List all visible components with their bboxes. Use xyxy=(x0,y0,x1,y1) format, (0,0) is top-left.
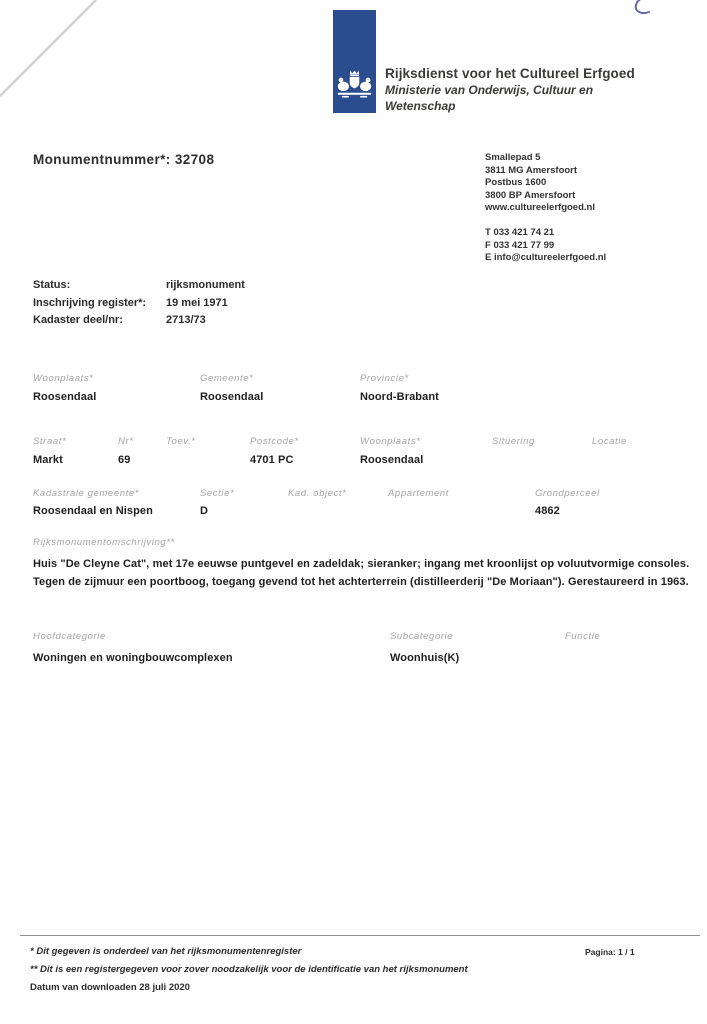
page-number: Pagina: 1 / 1 xyxy=(585,947,635,957)
field-value-grondperceel: 4862 xyxy=(535,505,560,517)
field-label-woonplaats: Woonplaats* xyxy=(33,373,93,384)
field-label-woonplaats2: Woonplaats* xyxy=(360,436,420,447)
org-subtitle-line1: Ministerie van Onderwijs, Cultuur en xyxy=(385,83,593,97)
field-label-hoofdcategorie: Hoofdcategorie xyxy=(33,631,106,642)
field-label-gemeente: Gemeente* xyxy=(200,373,253,384)
phone-line: T 033 421 74 21 xyxy=(485,227,606,240)
address-line: 3800 BP Amersfoort xyxy=(485,190,606,203)
handwritten-mark xyxy=(630,0,664,19)
status-row: Status: rijksmonument xyxy=(33,277,245,295)
org-name: Rijksdienst voor het Cultureel Erfgoed xyxy=(385,66,635,81)
field-label-appartement: Appartement xyxy=(388,488,449,499)
register-date-value: 19 mei 1971 xyxy=(166,295,228,313)
register-date-label: Inschrijving register*: xyxy=(33,295,166,313)
download-date: Datum van downloaden 28 juli 2020 xyxy=(30,982,190,993)
field-label-toev: Toev.* xyxy=(166,436,195,447)
field-label-provincie: Provincie* xyxy=(360,373,409,384)
website-text: www.cultureelerfgoed.nl xyxy=(485,202,606,215)
status-block: Status: rijksmonument Inschrijving regis… xyxy=(33,277,245,330)
coat-of-arms-icon xyxy=(337,68,372,100)
address-line: Postbus 1600 xyxy=(485,177,606,190)
document-page: Rijksdienst voor het Cultureel Erfgoed M… xyxy=(0,0,707,1024)
contact-block: Smallepad 5 3811 MG Amersfoort Postbus 1… xyxy=(485,152,606,265)
field-label-grondperceel: Grondperceel xyxy=(535,488,600,499)
field-value-kadastrale-gemeente: Roosendaal en Nispen xyxy=(33,505,153,517)
field-label-nr: Nr* xyxy=(118,436,134,447)
field-label-subcategorie: Subcategorie xyxy=(390,631,453,642)
field-value-woonplaats2: Roosendaal xyxy=(360,454,423,466)
monument-number-line: Monumentnummer*: 32708 xyxy=(33,152,214,167)
footer-divider xyxy=(20,935,700,936)
field-label-kadastrale-gemeente: Kadastrale gemeente* xyxy=(33,488,139,499)
status-value: rijksmonument xyxy=(166,277,245,295)
field-value-gemeente: Roosendaal xyxy=(200,391,263,403)
monument-description: Huis "De Cleyne Cat", met 17e eeuwse pun… xyxy=(33,556,693,591)
status-label: Status: xyxy=(33,277,166,295)
kadaster-label: Kadaster deel/nr: xyxy=(33,312,166,330)
field-value-postcode: 4701 PC xyxy=(250,454,294,466)
fax-line: F 033 421 77 99 xyxy=(485,240,606,253)
address-line: Smallepad 5 xyxy=(485,152,606,165)
field-label-kad-object: Kad. object* xyxy=(288,488,346,499)
status-row: Inschrijving register*: 19 mei 1971 xyxy=(33,295,245,313)
status-row: Kadaster deel/nr: 2713/73 xyxy=(33,312,245,330)
field-value-nr: 69 xyxy=(118,454,130,466)
field-value-straat: Markt xyxy=(33,454,63,466)
org-subtitle-line2: Wetenschap xyxy=(385,99,455,113)
field-label-locatie: Locatie xyxy=(592,436,627,447)
description-label: Rijksmonumentomschrijving** xyxy=(33,537,175,548)
logo-block xyxy=(333,10,376,113)
footer-note-1: * Dit gegeven is onderdeel van het rijks… xyxy=(30,946,301,957)
kadaster-value: 2713/73 xyxy=(166,312,206,330)
field-value-subcategorie: Woonhuis(K) xyxy=(390,652,459,664)
field-label-functie: Functie xyxy=(565,631,600,642)
monument-number-label: Monumentnummer*: xyxy=(33,152,171,167)
monument-number-value: 32708 xyxy=(175,152,215,167)
scan-fold-line xyxy=(0,0,97,97)
field-value-woonplaats: Roosendaal xyxy=(33,391,96,403)
email-line: E info@cultureelerfgoed.nl xyxy=(485,252,606,265)
address-line: 3811 MG Amersfoort xyxy=(485,165,606,178)
field-label-straat: Straat* xyxy=(33,436,66,447)
field-label-situering: Situering xyxy=(492,436,535,447)
field-value-hoofdcategorie: Woningen en woningbouwcomplexen xyxy=(33,652,233,664)
field-label-postcode: Postcode* xyxy=(250,436,299,447)
field-value-sectie: D xyxy=(200,505,208,517)
footer-note-2: ** Dit is een registergegeven voor zover… xyxy=(30,964,468,975)
field-label-sectie: Sectie* xyxy=(200,488,234,499)
field-value-provincie: Noord-Brabant xyxy=(360,391,439,403)
